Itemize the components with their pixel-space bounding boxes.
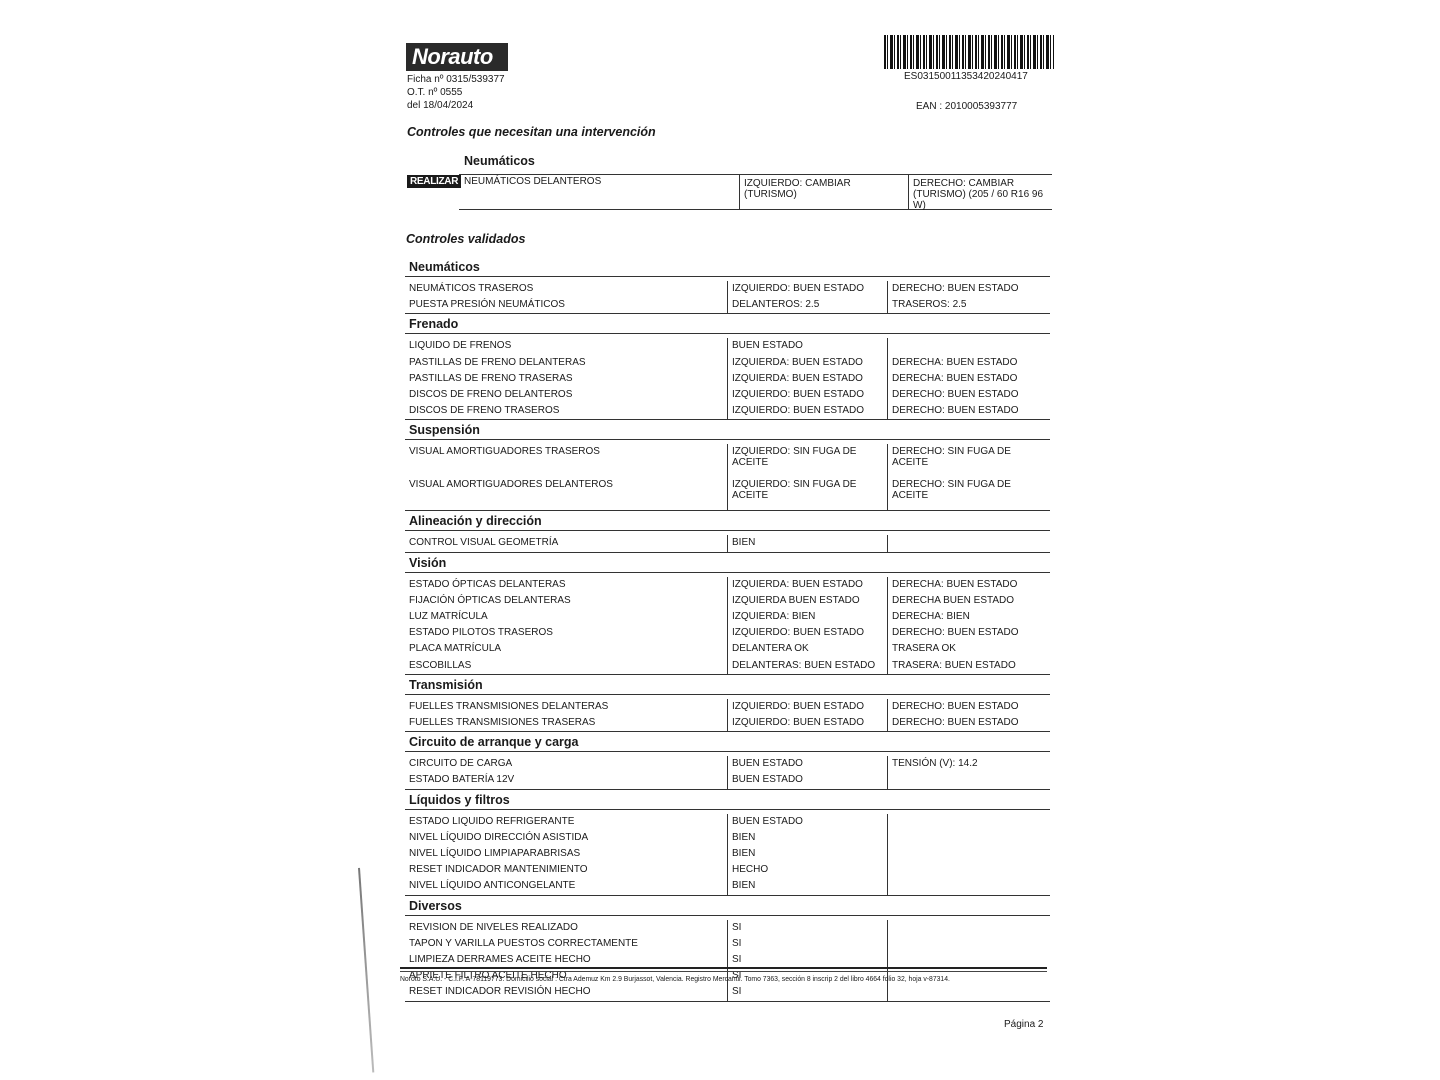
control-name: LIQUIDO DE FRENOS — [405, 338, 727, 354]
control-name: PASTILLAS DE FRENO TRASERAS — [405, 371, 727, 387]
group-table: CIRCUITO DE CARGABUEN ESTADOTENSIÓN (V):… — [405, 756, 1050, 789]
control-left-value: IZQUIERDA: BIEN — [727, 609, 887, 625]
control-right-value: DERECHO: SIN FUGA DE ACEITE — [887, 444, 1050, 477]
control-left-value: IZQUIERDO: BUEN ESTADO — [727, 387, 887, 403]
control-name: NIVEL LÍQUIDO DIRECCIÓN ASISTIDA — [405, 830, 727, 846]
group-table: NEUMÁTICOS TRASEROSIZQUIERDO: BUEN ESTAD… — [405, 281, 1050, 314]
intervention-section: Neumáticos REALIZAR NEUMÁTICOS DELANTERO… — [407, 152, 1052, 210]
control-name: ESTADO LIQUIDO REFRIGERANTE — [405, 814, 727, 830]
control-name: LIMPIEZA DERRAMES ACEITE HECHO — [405, 952, 727, 968]
control-name: ESTADO PILOTOS TRASEROS — [405, 625, 727, 641]
control-group: SuspensiónVISUAL AMORTIGUADORES TRASEROS… — [405, 421, 1050, 511]
control-right-value — [887, 338, 1050, 354]
control-right-value: DERECHA: BIEN — [887, 609, 1050, 625]
document-date: del 18/04/2024 — [407, 99, 505, 112]
control-right-value: DERECHA: BUEN ESTADO — [887, 371, 1050, 387]
control-left-value: SI — [727, 920, 887, 936]
control-left-value: BUEN ESTADO — [727, 338, 887, 354]
group-title: Suspensión — [405, 421, 1050, 440]
group-title: Diversos — [405, 897, 1050, 916]
control-left-value: BUEN ESTADO — [727, 772, 887, 788]
control-name: ESTADO BATERÍA 12V — [405, 772, 727, 788]
control-right-value: TRASEROS: 2.5 — [887, 297, 1050, 313]
control-group: NeumáticosNEUMÁTICOS TRASEROSIZQUIERDO: … — [405, 258, 1050, 314]
control-left-value: BUEN ESTADO — [727, 814, 887, 830]
control-left-value: IZQUIERDA: BUEN ESTADO — [727, 577, 887, 593]
control-right-value: DERECHO: BUEN ESTADO — [887, 699, 1050, 715]
control-right-value — [887, 535, 1050, 551]
group-title: Frenado — [405, 315, 1050, 334]
control-right-value — [887, 846, 1050, 862]
group-table: ESTADO ÓPTICAS DELANTERASIZQUIERDA: BUEN… — [405, 577, 1050, 675]
intervention-group-title: Neumáticos — [464, 152, 1052, 170]
control-group: DiversosREVISION DE NIVELES REALIZADOSIT… — [405, 897, 1050, 1002]
control-name: DISCOS DE FRENO TRASEROS — [405, 403, 727, 419]
control-right-value — [887, 952, 1050, 968]
control-left-value: BUEN ESTADO — [727, 756, 887, 772]
control-right-value — [887, 830, 1050, 846]
control-left-value: DELANTERA OK — [727, 641, 887, 657]
control-left-value: BIEN — [727, 535, 887, 551]
scan-artifact-line — [358, 868, 374, 1073]
control-name: CIRCUITO DE CARGA — [405, 756, 727, 772]
control-right-value: DERECHA: BUEN ESTADO — [887, 355, 1050, 371]
group-title: Líquidos y filtros — [405, 791, 1050, 810]
footer-divider — [400, 967, 1047, 969]
control-name: VISUAL AMORTIGUADORES DELANTEROS — [405, 477, 727, 510]
control-left-value: BIEN — [727, 846, 887, 862]
control-group: Líquidos y filtrosESTADO LIQUIDO REFRIGE… — [405, 791, 1050, 896]
control-name: DISCOS DE FRENO DELANTEROS — [405, 387, 727, 403]
intervention-row: REALIZAR NEUMÁTICOS DELANTEROS IZQUIERDO… — [407, 174, 1052, 210]
control-group: VisiónESTADO ÓPTICAS DELANTERASIZQUIERDA… — [405, 554, 1050, 675]
control-name: CONTROL VISUAL GEOMETRÍA — [405, 535, 727, 551]
control-left-value: DELANTERAS: BUEN ESTADO — [727, 658, 887, 674]
control-left-value: IZQUIERDA: BUEN ESTADO — [727, 371, 887, 387]
intervention-right: DERECHO: CAMBIAR (TURISMO) (205 / 60 R16… — [908, 175, 1052, 209]
barcode-text: ES03150011353420240417 — [904, 71, 1028, 82]
control-name: PASTILLAS DE FRENO DELANTERAS — [405, 355, 727, 371]
control-right-value — [887, 920, 1050, 936]
control-left-value: HECHO — [727, 862, 887, 878]
group-title: Visión — [405, 554, 1050, 573]
control-name: NIVEL LÍQUIDO ANTICONGELANTE — [405, 878, 727, 894]
legal-footer: Noroto S.A.U. - C.I.F. A-78119773. Domic… — [400, 974, 950, 983]
group-title: Alineación y dirección — [405, 512, 1050, 531]
group-title: Transmisión — [405, 676, 1050, 695]
control-right-value: DERECHO: BUEN ESTADO — [887, 281, 1050, 297]
control-right-value — [887, 878, 1050, 894]
control-left-value: IZQUIERDO: BUEN ESTADO — [727, 625, 887, 641]
control-name: TAPON Y VARILLA PUESTOS CORRECTAMENTE — [405, 936, 727, 952]
control-name: FUELLES TRANSMISIONES TRASERAS — [405, 715, 727, 731]
control-name: LUZ MATRÍCULA — [405, 609, 727, 625]
footer-divider-thin — [400, 971, 1047, 972]
control-left-value: IZQUIERDO: BUEN ESTADO — [727, 715, 887, 731]
control-name: PLACA MATRÍCULA — [405, 641, 727, 657]
control-right-value — [887, 984, 1050, 1000]
control-name: RESET INDICADOR REVISIÓN HECHO — [405, 984, 727, 1000]
document-meta: Ficha nº 0315/539377 O.T. nº 0555 del 18… — [407, 73, 505, 112]
ficha-number: Ficha nº 0315/539377 — [407, 73, 505, 86]
control-left-value: IZQUIERDA: BUEN ESTADO — [727, 355, 887, 371]
control-right-value: TENSIÓN (V): 14.2 — [887, 756, 1050, 772]
control-left-value: SI — [727, 984, 887, 1000]
control-group: TransmisiónFUELLES TRANSMISIONES DELANTE… — [405, 676, 1050, 732]
control-right-value: DERECHO: BUEN ESTADO — [887, 387, 1050, 403]
control-right-value: TRASERA OK — [887, 641, 1050, 657]
group-table: CONTROL VISUAL GEOMETRÍABIEN — [405, 535, 1050, 552]
control-left-value: SI — [727, 952, 887, 968]
group-title: Circuito de arranque y carga — [405, 733, 1050, 752]
control-name: PUESTA PRESIÓN NEUMÁTICOS — [405, 297, 727, 313]
validated-section: NeumáticosNEUMÁTICOS TRASEROSIZQUIERDO: … — [405, 258, 1050, 1003]
ean-code: EAN : 2010005393777 — [916, 101, 1017, 112]
control-left-value: IZQUIERDA BUEN ESTADO — [727, 593, 887, 609]
group-title: Neumáticos — [405, 258, 1050, 277]
control-left-value: IZQUIERDO: SIN FUGA DE ACEITE — [727, 477, 887, 510]
control-right-value: DERECHO: BUEN ESTADO — [887, 403, 1050, 419]
control-right-value — [887, 814, 1050, 830]
group-table: LIQUIDO DE FRENOSBUEN ESTADOPASTILLAS DE… — [405, 338, 1050, 420]
brand-name: Norauto — [412, 44, 493, 69]
control-left-value: IZQUIERDO: BUEN ESTADO — [727, 281, 887, 297]
control-name: VISUAL AMORTIGUADORES TRASEROS — [405, 444, 727, 477]
ot-number: O.T. nº 0555 — [407, 86, 505, 99]
control-name: REVISION DE NIVELES REALIZADO — [405, 920, 727, 936]
group-table: ESTADO LIQUIDO REFRIGERANTEBUEN ESTADONI… — [405, 814, 1050, 896]
control-left-value: IZQUIERDO: BUEN ESTADO — [727, 699, 887, 715]
control-right-value — [887, 772, 1050, 788]
control-left-value: SI — [727, 936, 887, 952]
control-right-value: TRASERA: BUEN ESTADO — [887, 658, 1050, 674]
control-left-value: BIEN — [727, 830, 887, 846]
control-left-value: IZQUIERDO: SIN FUGA DE ACEITE — [727, 444, 887, 477]
control-name: FIJACIÓN ÓPTICAS DELANTERAS — [405, 593, 727, 609]
control-right-value — [887, 862, 1050, 878]
group-table: FUELLES TRANSMISIONES DELANTERASIZQUIERD… — [405, 699, 1050, 732]
control-name: FUELLES TRANSMISIONES DELANTERAS — [405, 699, 727, 715]
control-right-value — [887, 936, 1050, 952]
control-group: Circuito de arranque y cargaCIRCUITO DE … — [405, 733, 1050, 789]
group-table: VISUAL AMORTIGUADORES TRASEROSIZQUIERDO:… — [405, 444, 1050, 511]
barcode-icon — [884, 35, 1054, 69]
control-name: RESET INDICADOR MANTENIMIENTO — [405, 862, 727, 878]
control-name: NEUMÁTICOS TRASEROS — [405, 281, 727, 297]
control-left-value: DELANTEROS: 2.5 — [727, 297, 887, 313]
page-number: Página 2 — [1004, 1019, 1043, 1030]
control-left-value: BIEN — [727, 878, 887, 894]
control-name: NIVEL LÍQUIDO LIMPIAPARABRISAS — [405, 846, 727, 862]
control-right-value: DERECHA: BUEN ESTADO — [887, 577, 1050, 593]
control-name: ESTADO ÓPTICAS DELANTERAS — [405, 577, 727, 593]
realizar-badge: REALIZAR — [407, 175, 461, 188]
control-name: ESCOBILLAS — [405, 658, 727, 674]
control-left-value: IZQUIERDO: BUEN ESTADO — [727, 403, 887, 419]
document-page: Norauto Ficha nº 0315/539377 O.T. nº 055… — [0, 0, 1440, 1080]
control-right-value: DERECHO: BUEN ESTADO — [887, 625, 1050, 641]
intervention-left: IZQUIERDO: CAMBIAR (TURISMO) — [739, 175, 908, 209]
validated-heading: Controles validados — [406, 232, 525, 246]
control-group: FrenadoLIQUIDO DE FRENOSBUEN ESTADOPASTI… — [405, 315, 1050, 420]
control-right-value: DERECHO: BUEN ESTADO — [887, 715, 1050, 731]
intervention-item: NEUMÁTICOS DELANTEROS — [459, 175, 739, 209]
control-group: Alineación y direcciónCONTROL VISUAL GEO… — [405, 512, 1050, 552]
control-right-value: DERECHO: SIN FUGA DE ACEITE — [887, 477, 1050, 510]
intervention-heading: Controles que necesitan una intervención — [407, 125, 656, 139]
group-table: REVISION DE NIVELES REALIZADOSITAPON Y V… — [405, 920, 1050, 1002]
norauto-logo: Norauto — [406, 43, 508, 71]
control-right-value: DERECHA BUEN ESTADO — [887, 593, 1050, 609]
